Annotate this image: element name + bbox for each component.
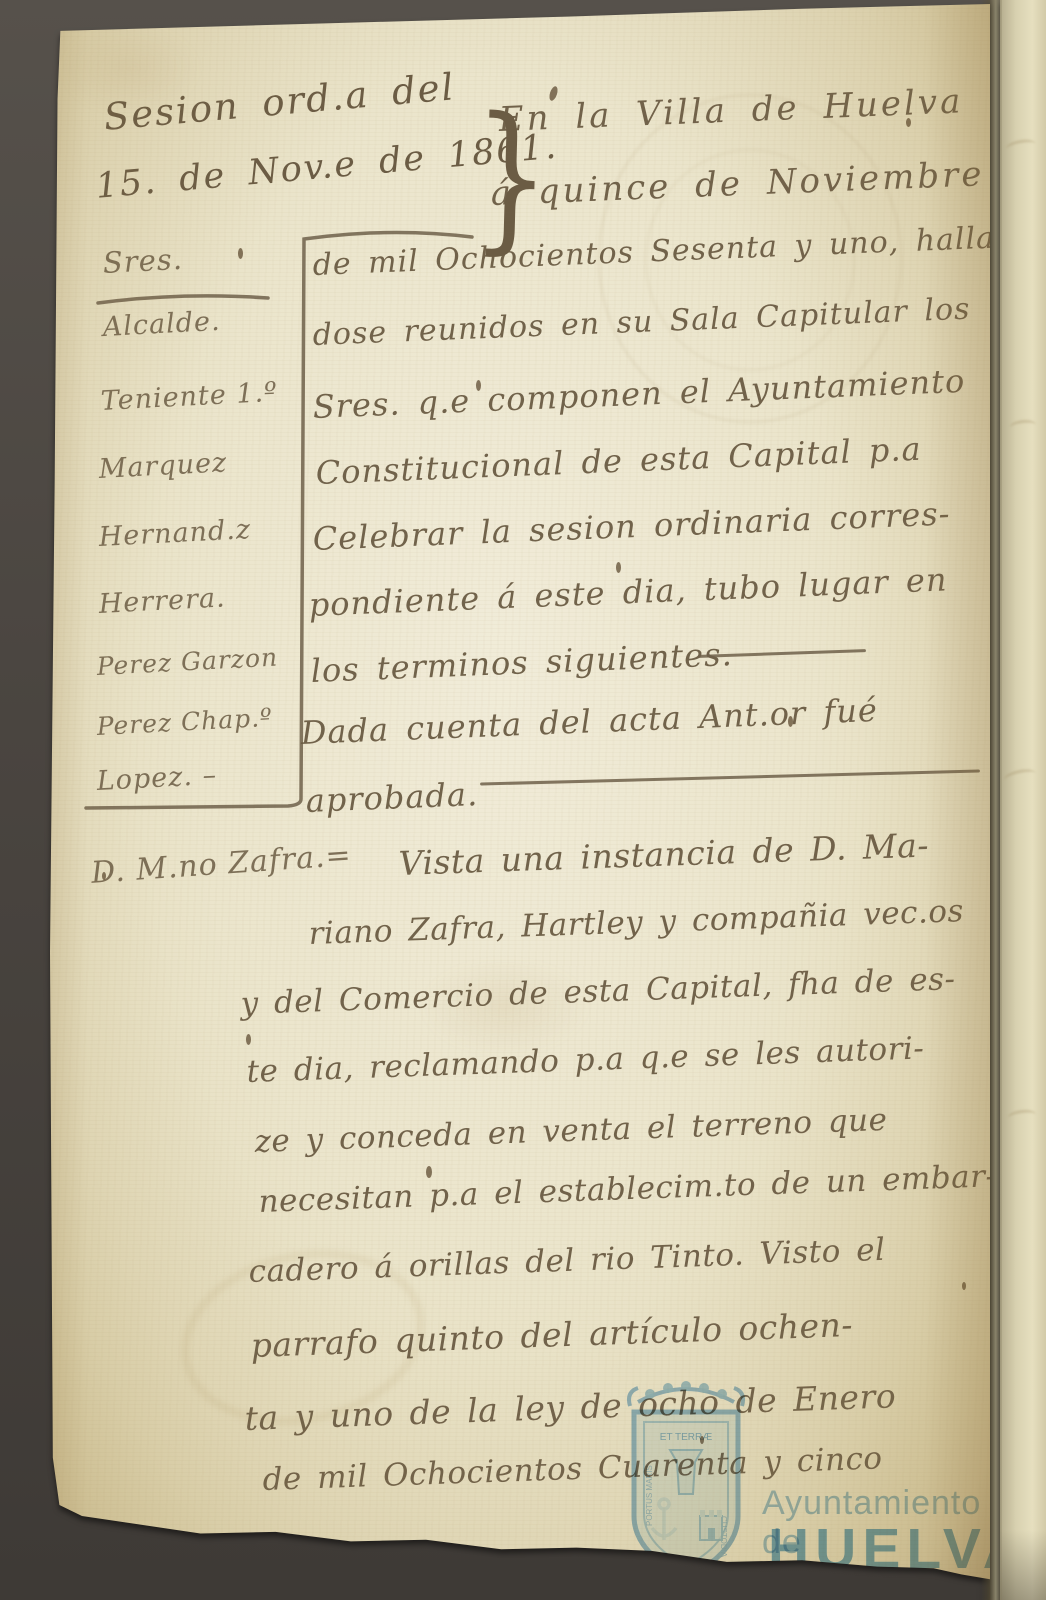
- ink-speck: [962, 1282, 966, 1290]
- opening-line: aprobada.: [305, 775, 479, 820]
- ghost-writing-mark: [1009, 419, 1036, 434]
- huelva-shield-watermark: ET TERRÆ PORTUS MARIS CUSTODIA: [622, 1366, 750, 1584]
- ink-speck: [102, 872, 106, 880]
- ghost-writing-mark: [1005, 137, 1037, 155]
- ink-speck: [426, 1166, 432, 1178]
- ink-speck: [788, 716, 793, 727]
- margin-member: Alcalde.: [102, 306, 221, 343]
- margin-title: Sres.: [102, 242, 184, 280]
- body-line: necesitan p.a el establecim.to de un emb…: [258, 1158, 997, 1220]
- body-line: te dia, reclamando p.a q.e se les autori…: [246, 1030, 925, 1090]
- next-page-edge: [1000, 0, 1046, 1600]
- ink-speck: [238, 248, 243, 259]
- flourish-underline: [96, 290, 276, 308]
- ghost-writing-mark: [1007, 1108, 1036, 1123]
- margin-member: Herrera.: [98, 582, 226, 620]
- body-line: ze y conceda en venta el terreno que: [254, 1102, 888, 1160]
- ink-speck: [246, 1034, 251, 1045]
- ink-speck: [616, 562, 621, 573]
- shield-motto-top: ET TERRÆ: [660, 1432, 712, 1443]
- margin-note: D. M.no Zafra.=: [90, 838, 353, 891]
- manuscript-page: Sesion ord.a del 15. de Nov.e de 1861. }…: [50, 4, 990, 1584]
- shield-motto-left: PORTUS MARIS: [645, 1465, 654, 1526]
- ink-speck: [476, 380, 481, 391]
- body-line: y del Comercio de esta Capital, fha de e…: [240, 961, 956, 1022]
- ghost-writing-mark: [1003, 767, 1037, 786]
- dash-rule: [480, 769, 980, 785]
- margin-member: Lopez. –: [96, 760, 218, 797]
- body-line: riano Zafra, Hartley y compañia vec.os: [308, 893, 964, 952]
- body-line: Vista una instancia de D. Ma-: [398, 825, 930, 882]
- ink-speck: [906, 118, 911, 127]
- body-line: cadero á orillas del rio Tinto. Visto el: [248, 1232, 886, 1290]
- scanned-photo: Sesion ord.a del 15. de Nov.e de 1861. }…: [0, 0, 1046, 1600]
- tower-icon: [700, 1510, 722, 1540]
